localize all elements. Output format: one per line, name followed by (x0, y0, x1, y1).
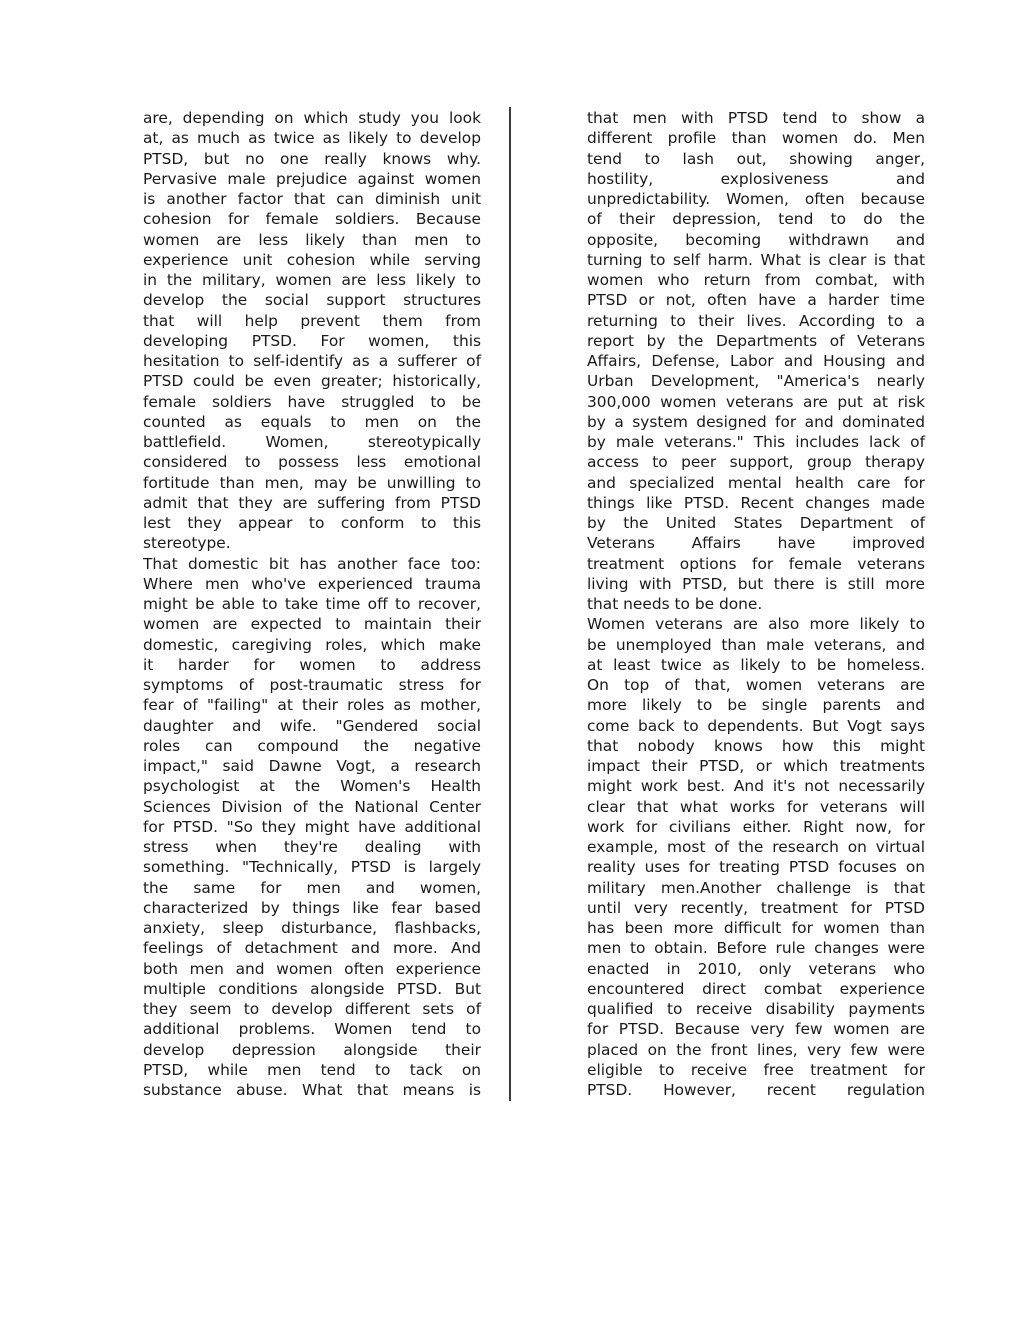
text-line: by male veterans." This includes lack of (587, 432, 925, 452)
text-line: might work best. And it's not necessaril… (587, 776, 925, 796)
text-line: by the United States Department of (587, 513, 925, 533)
text-line: that men with PTSD tend to show a (587, 108, 925, 128)
text-line: and specialized mental health care for (587, 473, 925, 493)
text-line: PTSD or not, often have a harder time (587, 290, 925, 310)
text-line: might be able to take time off to recove… (143, 594, 481, 614)
text-line: be unemployed than male veterans, and (587, 635, 925, 655)
column-divider (509, 107, 511, 1101)
left-paragraph-1: are, depending on which study you lookat… (143, 108, 481, 554)
text-line: opposite, becoming withdrawn and (587, 230, 925, 250)
text-line: psychologist at the Women's Health (143, 776, 481, 796)
text-line: 300,000 women veterans are put at risk (587, 392, 925, 412)
text-line: men to obtain. Before rule changes were (587, 938, 925, 958)
text-line: developing PTSD. For women, this (143, 331, 481, 351)
text-line: example, most of the research on virtual (587, 837, 925, 857)
text-line: stress when they're dealing with (143, 837, 481, 857)
text-line: in the military, women are less likely t… (143, 270, 481, 290)
text-line: Sciences Division of the National Center (143, 797, 481, 817)
right-column: that men with PTSD tend to show adiffere… (587, 108, 925, 1100)
text-line: it harder for women to address (143, 655, 481, 675)
text-line: they seem to develop different sets of (143, 999, 481, 1019)
text-line: impact their PTSD, or which treatments (587, 756, 925, 776)
right-paragraph-2: Women veterans are also more likely tobe… (587, 614, 925, 1100)
text-line: multiple conditions alongside PTSD. But (143, 979, 481, 999)
text-line: that nobody knows how this might (587, 736, 925, 756)
text-line: both men and women often experience (143, 959, 481, 979)
text-line: counted as equals to men on the (143, 412, 481, 432)
text-line: characterized by things like fear based (143, 898, 481, 918)
text-line: at least twice as likely to be homeless. (587, 655, 925, 675)
text-line: that needs to be done. (587, 594, 925, 614)
text-line: symptoms of post-traumatic stress for (143, 675, 481, 695)
text-line: eligible to receive free treatment for (587, 1060, 925, 1080)
text-line: for PTSD. Because very few women are (587, 1019, 925, 1039)
text-line: different profile than women do. Men (587, 128, 925, 148)
text-line: Urban Development, "America's nearly (587, 371, 925, 391)
right-paragraph-1: that men with PTSD tend to show adiffere… (587, 108, 925, 614)
text-line: is another factor that can diminish unit (143, 189, 481, 209)
text-line: daughter and wife. "Gendered social (143, 716, 481, 736)
text-line: unpredictability. Women, often because (587, 189, 925, 209)
text-line: On top of that, women veterans are (587, 675, 925, 695)
text-line: Where men who've experienced trauma (143, 574, 481, 594)
text-line: cohesion for female soldiers. Because (143, 209, 481, 229)
text-line: fear of "failing" at their roles as moth… (143, 695, 481, 715)
left-paragraph-2: That domestic bit has another face too:W… (143, 554, 481, 1101)
text-line: Women veterans are also more likely to (587, 614, 925, 634)
text-line: for PTSD. "So they might have additional (143, 817, 481, 837)
text-line: by a system designed for and dominated (587, 412, 925, 432)
text-line: Affairs, Defense, Labor and Housing and (587, 351, 925, 371)
text-line: stereotype. (143, 533, 481, 553)
text-line: hostility, explosiveness and (587, 169, 925, 189)
text-line: fortitude than men, may be unwilling to (143, 473, 481, 493)
text-line: Pervasive male prejudice against women (143, 169, 481, 189)
text-line: has been more difficult for women than (587, 918, 925, 938)
text-line: that will help prevent them from (143, 311, 481, 331)
text-line: encountered direct combat experience (587, 979, 925, 999)
text-line: reality uses for treating PTSD focuses o… (587, 857, 925, 877)
text-line: develop depression alongside their (143, 1040, 481, 1060)
text-line: clear that what works for veterans will (587, 797, 925, 817)
text-line: something. "Technically, PTSD is largely (143, 857, 481, 877)
text-line: roles can compound the negative (143, 736, 481, 756)
text-line: admit that they are suffering from PTSD (143, 493, 481, 513)
text-line: women are less likely than men to (143, 230, 481, 250)
text-line: female soldiers have struggled to be (143, 392, 481, 412)
text-line: at, as much as twice as likely to develo… (143, 128, 481, 148)
text-line: impact," said Dawne Vogt, a research (143, 756, 481, 776)
text-line: qualified to receive disability payments (587, 999, 925, 1019)
text-line: work for civilians either. Right now, fo… (587, 817, 925, 837)
text-line: PTSD, while men tend to tack on (143, 1060, 481, 1080)
text-line: PTSD. However, recent regulation (587, 1080, 925, 1100)
text-line: experience unit cohesion while serving (143, 250, 481, 270)
text-line: tend to lash out, showing anger, (587, 149, 925, 169)
text-line: That domestic bit has another face too: (143, 554, 481, 574)
text-line: of their depression, tend to do the (587, 209, 925, 229)
text-line: treatment options for female veterans (587, 554, 925, 574)
text-line: things like PTSD. Recent changes made (587, 493, 925, 513)
text-line: the same for men and women, (143, 878, 481, 898)
text-line: more likely to be single parents and (587, 695, 925, 715)
text-line: are, depending on which study you look (143, 108, 481, 128)
text-line: considered to possess less emotional (143, 452, 481, 472)
text-line: access to peer support, group therapy (587, 452, 925, 472)
text-line: domestic, caregiving roles, which make (143, 635, 481, 655)
text-line: feelings of detachment and more. And (143, 938, 481, 958)
text-line: until very recently, treatment for PTSD (587, 898, 925, 918)
text-line: hesitation to self-identify as a suffere… (143, 351, 481, 371)
text-line: develop the social support structures (143, 290, 481, 310)
text-line: enacted in 2010, only veterans who (587, 959, 925, 979)
text-line: placed on the front lines, very few were (587, 1040, 925, 1060)
text-line: turning to self harm. What is clear is t… (587, 250, 925, 270)
text-line: Veterans Affairs have improved (587, 533, 925, 553)
text-line: women who return from combat, with (587, 270, 925, 290)
text-line: anxiety, sleep disturbance, flashbacks, (143, 918, 481, 938)
text-line: come back to dependents. But Vogt says (587, 716, 925, 736)
text-line: lest they appear to conform to this (143, 513, 481, 533)
text-line: battlefield. Women, stereotypically (143, 432, 481, 452)
text-line: women are expected to maintain their (143, 614, 481, 634)
text-line: returning to their lives. According to a (587, 311, 925, 331)
text-line: substance abuse. What that means is (143, 1080, 481, 1100)
text-line: report by the Departments of Veterans (587, 331, 925, 351)
text-line: living with PTSD, but there is still mor… (587, 574, 925, 594)
text-line: PTSD, but no one really knows why. (143, 149, 481, 169)
text-line: additional problems. Women tend to (143, 1019, 481, 1039)
text-line: PTSD could be even greater; historically… (143, 371, 481, 391)
left-column: are, depending on which study you lookat… (143, 108, 481, 1100)
text-line: military men.Another challenge is that (587, 878, 925, 898)
